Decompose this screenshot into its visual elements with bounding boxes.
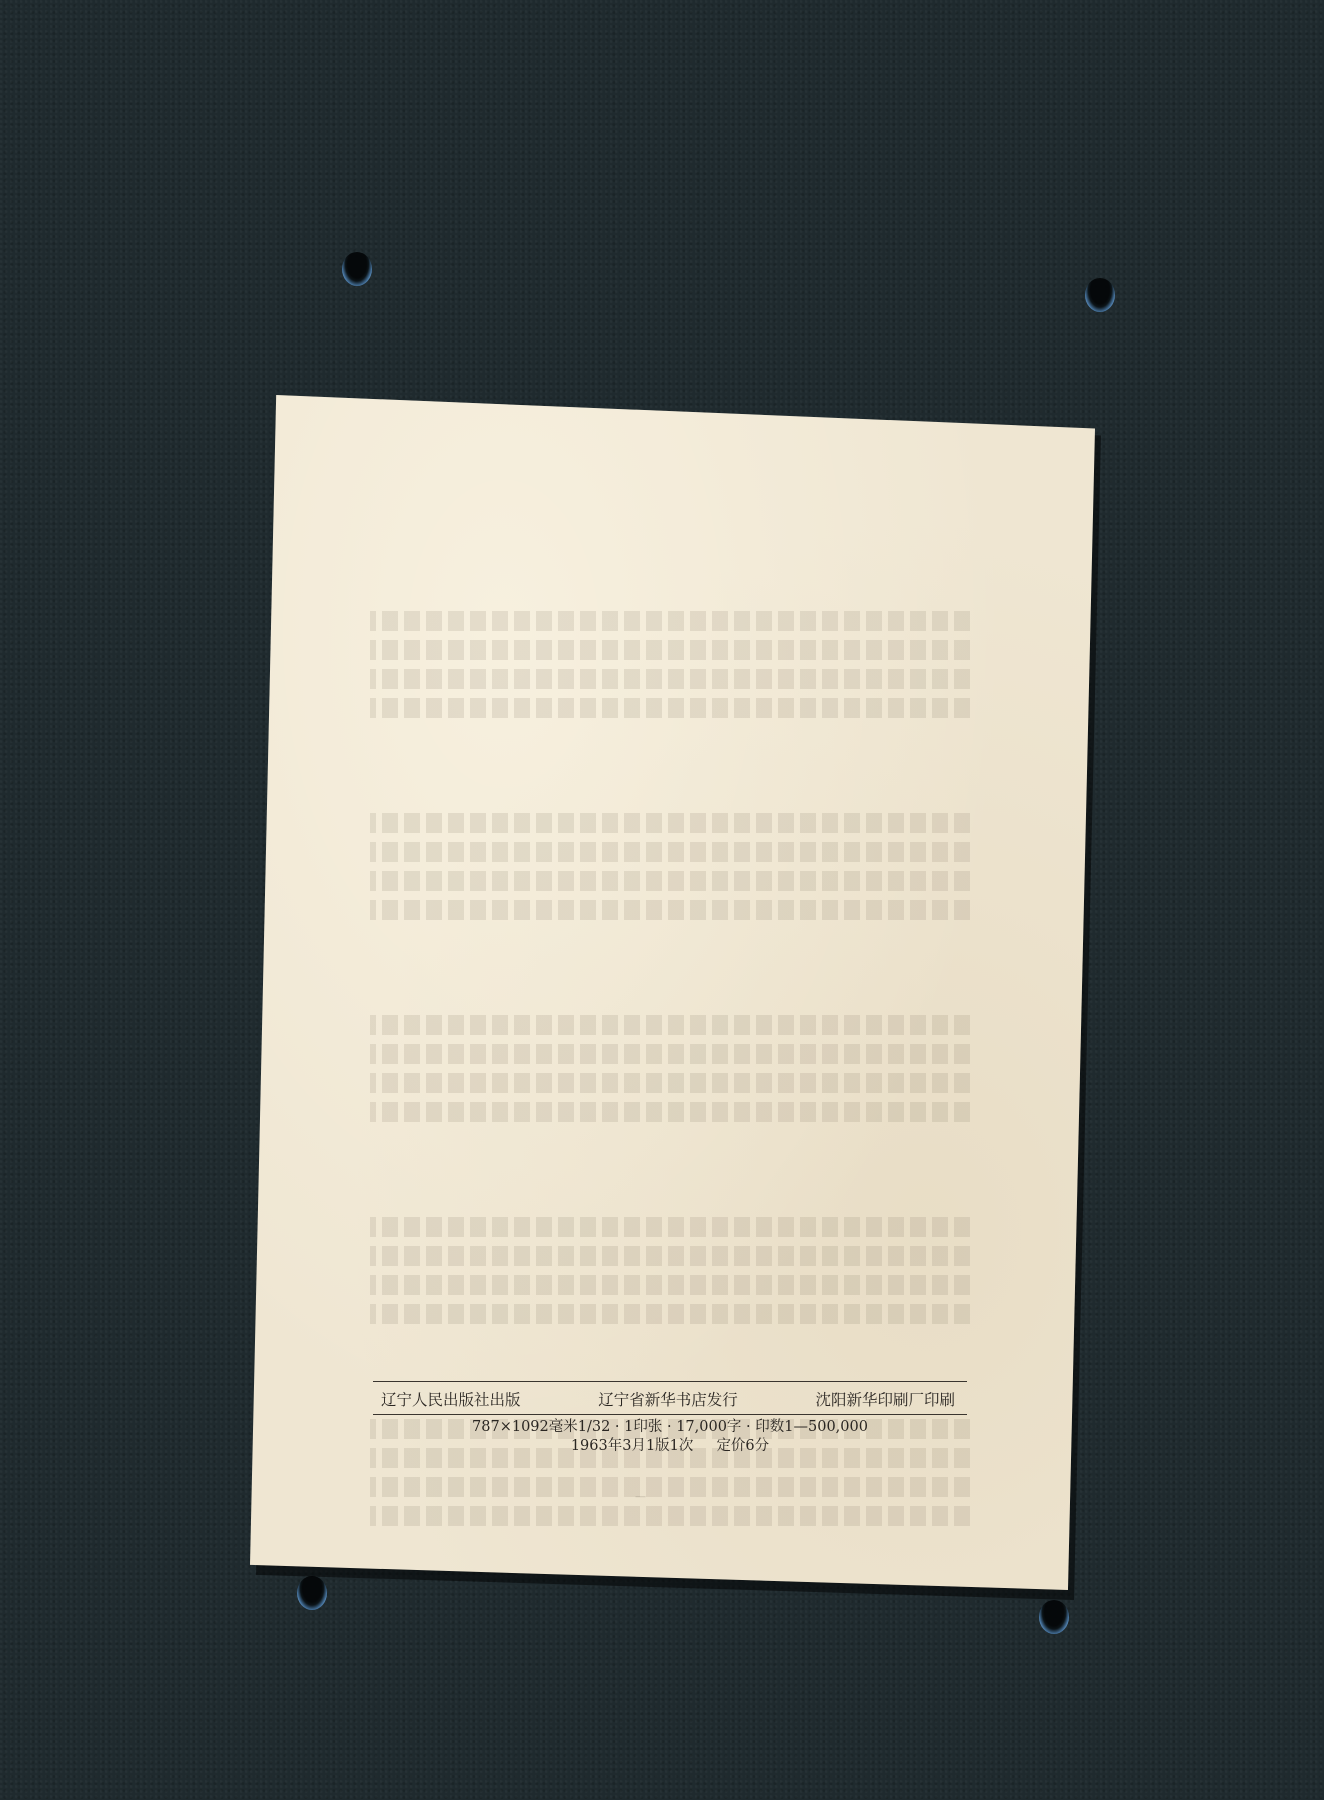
colophon: 辽宁人民出版社出版 辽宁省新华书店发行 沈阳新华印刷厂印刷 787×1092毫米… [373,1381,967,1456]
price: 定价6分 [716,1438,769,1454]
colophon-credits: 辽宁人民出版社出版 辽宁省新华书店发行 沈阳新华印刷厂印刷 [373,1382,967,1414]
page-number: — [635,1490,646,1503]
publisher: 辽宁人民出版社出版 [381,1388,521,1410]
printer: 沈阳新华印刷厂印刷 [815,1388,955,1410]
punch-hole-bottom-left [297,1576,327,1610]
edition-line: 1963年3月1版1次 定价6分 [373,1437,967,1456]
punch-hole-top-right [1085,278,1115,312]
punch-hole-top-left [342,252,372,286]
edition: 1963年3月1版1次 [571,1438,694,1454]
punch-hole-bottom-right [1039,1600,1069,1634]
distributor: 辽宁省新华书店发行 [598,1388,738,1410]
colophon-bottom-rule [373,1414,967,1415]
book-page: 辽宁人民出版社出版 辽宁省新华书店发行 沈阳新华印刷厂印刷 787×1092毫米… [250,395,1095,1590]
specs: 787×1092毫米1/32 · 1印张 · 17,000字 · 印数1—500… [373,1418,967,1437]
